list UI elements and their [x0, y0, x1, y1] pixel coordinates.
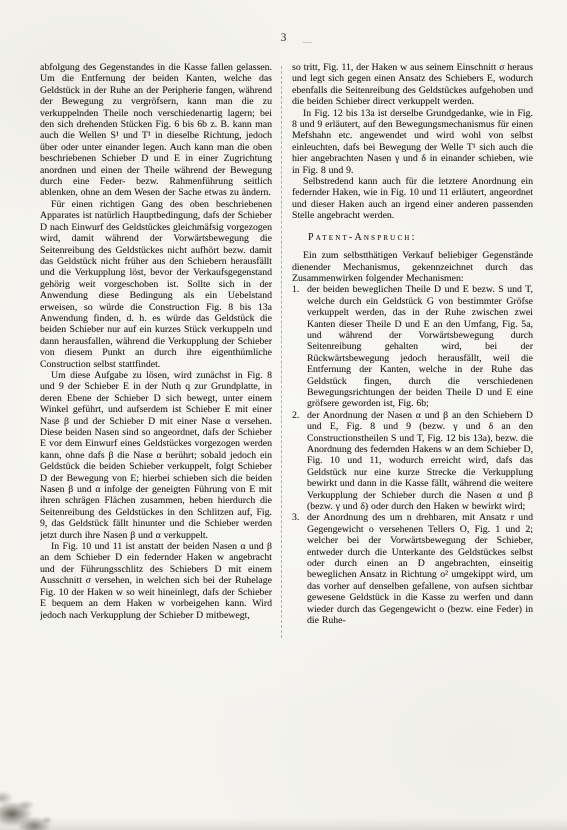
- scan-edge-shadow: [0, 818, 567, 830]
- paragraph-continuation: so tritt, Fig. 11, der Haken w aus seine…: [292, 62, 533, 108]
- document-page: 3 — abfolgung des Gegenstandes in die Ka…: [0, 0, 567, 830]
- claims-list: 1. der beiden beweglichen Theile D und E…: [292, 284, 533, 626]
- right-text-column: so tritt, Fig. 11, der Haken w aus seine…: [292, 62, 533, 788]
- paragraph: In Fig. 12 bis 13a ist derselbe Grundged…: [292, 108, 533, 176]
- header-dash-mark: —: [303, 37, 311, 47]
- page-number: 3: [0, 32, 567, 44]
- claim-text: der Anordnung der Nasen α und β an den S…: [307, 410, 533, 513]
- paragraph: Selbstredend kann auch für die letztere …: [292, 176, 533, 222]
- claim-number: 3.: [292, 512, 307, 523]
- paragraph: Um diese Aufgabe zu lösen, wird zunächst…: [40, 370, 272, 541]
- claim-number: 1.: [292, 284, 307, 295]
- claim-text: der Anordnung des um n drehbaren, mit An…: [307, 512, 533, 626]
- claim-item: 1. der beiden beweglichen Theile D und E…: [292, 284, 533, 409]
- claim-number: 2.: [292, 410, 307, 421]
- claims-heading: Patent-Anspruch:: [292, 232, 533, 243]
- paragraph-continuation: abfolgung des Gegenstandes in die Kasse …: [40, 62, 272, 199]
- column-divider-rule: [281, 66, 282, 638]
- claim-item: 2. der Anordnung der Nasen α und β an de…: [292, 410, 533, 513]
- paragraph: Für einen richtigen Gang des oben beschr…: [40, 199, 272, 370]
- left-text-column: abfolgung des Gegenstandes in die Kasse …: [40, 62, 272, 788]
- claim-item: 3. der Anordnung des um n drehbaren, mit…: [292, 512, 533, 626]
- claim-text: der beiden beweglichen Theile D und E be…: [307, 284, 533, 409]
- claims-intro: Ein zum selbstthätigen Verkauf beliebige…: [292, 250, 533, 284]
- paragraph: In Fig. 10 und 11 ist anstatt der beiden…: [40, 541, 272, 621]
